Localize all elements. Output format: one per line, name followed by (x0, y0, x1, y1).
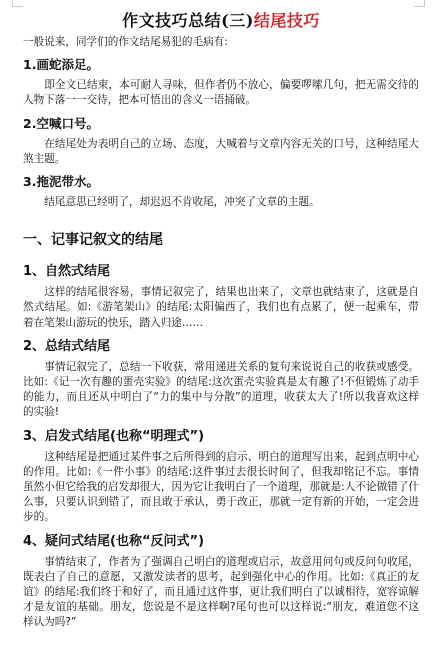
problem-heading: 2.空喊口号。 (23, 115, 419, 133)
ending-heading: 3、启发式结尾(也称“明理式”) (23, 427, 419, 446)
ending-type-1: 1、自然式结尾 这样的结尾很容易，事情记叙完了，结果也出来了，文章也就结束了，这… (23, 262, 419, 331)
ending-text: 这种结尾是把通过某件事之后所得到的启示、明白的道理写出来，起到点明中心的作用。比… (23, 450, 419, 526)
document-title: 作文技巧总结(三)结尾技巧 (23, 10, 419, 32)
ending-text: 事情结束了，作者为了强调自己明白的道理或启示，故意用问句或反问句收尾，既表白了自… (23, 555, 419, 631)
ending-type-4: 4、疑问式结尾(也称“反问式”) 事情结束了，作者为了强调自己明白的道理或启示，… (23, 532, 419, 631)
document-page: 作文技巧总结(三)结尾技巧 一般说来，同学们的作文结尾易犯的毛病有: 1.画蛇添… (23, 10, 419, 631)
problem-text: 在结尾处为表明自己的立场、态度，大喊着与文章内容无关的口号，这种结尾大煞主题。 (23, 137, 419, 167)
title-main: 作文技巧总结(三) (122, 11, 254, 30)
page-corner-mark (414, 0, 425, 7)
ending-heading: 2、总结式结尾 (23, 337, 419, 356)
problem-text: 即全文已结束，本可耐人寻味，但作者仍不放心，偏要啰嗦几句，把无需交待的人物下落一… (23, 78, 419, 108)
problem-3: 3.拖泥带水。 结尾意思已经明了，却迟迟不肯收尾，冲突了文章的主题。 (23, 173, 419, 210)
ending-type-3: 3、启发式结尾(也称“明理式”) 这种结尾是把通过某件事之后所得到的启示、明白的… (23, 427, 419, 526)
ending-heading: 4、疑问式结尾(也称“反问式”) (23, 532, 419, 551)
ending-text: 事情记叙完了，总结一下收获，常用递进关系的复句来说说自己的收获或感受。比如:《记… (23, 360, 419, 421)
problem-text: 结尾意思已经明了，却迟迟不肯收尾，冲突了文章的主题。 (23, 195, 419, 210)
problem-heading: 3.拖泥带水。 (23, 173, 419, 191)
ending-text: 这样的结尾很容易，事情记叙完了，结果也出来了，文章也就结束了，这就是自然式结尾。… (23, 285, 419, 331)
ending-type-2: 2、总结式结尾 事情记叙完了，总结一下收获，常用递进关系的复句来说说自己的收获或… (23, 337, 419, 421)
problem-heading: 1.画蛇添足。 (23, 56, 419, 74)
problem-2: 2.空喊口号。 在结尾处为表明自己的立场、态度，大喊着与文章内容无关的口号，这种… (23, 115, 419, 167)
intro-text: 一般说来，同学们的作文结尾易犯的毛病有: (23, 35, 419, 50)
ending-heading: 1、自然式结尾 (23, 262, 419, 281)
page-corner-mark (12, 0, 23, 7)
problem-1: 1.画蛇添足。 即全文已结束，本可耐人寻味，但作者仍不放心，偏要啰嗦几句，把无需… (23, 56, 419, 108)
title-accent: 结尾技巧 (254, 11, 320, 30)
section-heading: 一、记事记叙文的结尾 (23, 230, 419, 250)
